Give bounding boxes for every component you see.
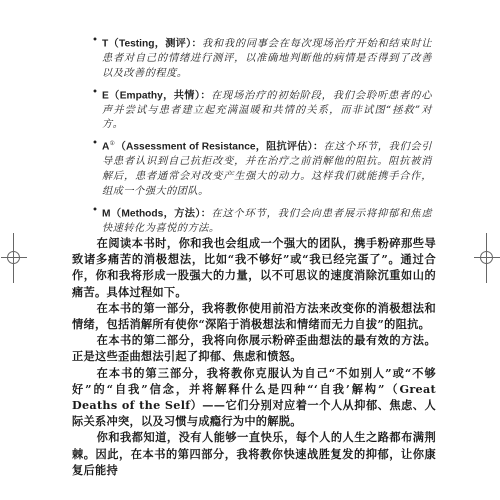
- registration-mark-right-icon: [474, 233, 500, 283]
- bullet-item-empathy: • E（Empathy，共情）：在现场治疗的初始阶段，我们会聆听患者的心声并尝试…: [92, 86, 432, 133]
- bullet-term: （Methods，方法）：: [111, 208, 212, 219]
- paragraph-part-three: 在本书的第三部分，我将教你克服认为自己“不如别人”或“不够好”的“自我”信念，并…: [72, 365, 436, 430]
- bullet-dot-icon: •: [92, 34, 99, 49]
- team-method-list: • T（Testing，测评）：我和我的同事会在每次现场治疗开始和结束时让患者对…: [92, 34, 432, 236]
- registration-mark-left-icon: [1, 233, 27, 283]
- bullet-item-testing: • T（Testing，测评）：我和我的同事会在每次现场治疗开始和结束时让患者对…: [92, 34, 432, 81]
- paragraph-part-two: 在本书的第二部分，我将向你展示粉碎歪曲想法的最有效的方法。正是这些歪曲想法引起了…: [72, 332, 436, 364]
- bullet-term: （Assessment of Resistance，阻抗评估）：: [116, 142, 324, 153]
- bullet-item-assessment: • A①（Assessment of Resistance，阻抗评估）：在这个环…: [92, 137, 432, 199]
- bullet-term: （Testing，测评）：: [108, 38, 202, 49]
- paragraph-intro: 在阅读本书时，你和我也会组成一个强大的团队，携手粉碎那些导致诸多痛苦的消极想法，…: [72, 235, 436, 300]
- bullet-letter: M: [102, 208, 111, 219]
- bullet-item-methods: • M（Methods，方法）：在这个环节，我们会向患者展示将抑郁和焦虑快速转化…: [92, 204, 432, 237]
- bullet-dot-icon: •: [92, 86, 99, 101]
- bullet-term: （Empathy，共情）：: [109, 90, 211, 101]
- bullet-letter: E: [102, 90, 109, 101]
- bullet-dot-icon: •: [92, 204, 99, 219]
- body-text: 在阅读本书时，你和我也会组成一个强大的团队，携手粉碎那些导致诸多痛苦的消极想法，…: [72, 235, 436, 478]
- book-page: • T（Testing，测评）：我和我的同事会在每次现场治疗开始和结束时让患者对…: [0, 0, 500, 500]
- paragraph-part-four: 你和我都知道，没有人能够一直快乐，每个人的人生之路都布满荆棘。因此，在本书的第四…: [72, 429, 436, 478]
- paragraph-part-one: 在本书的第一部分，我将教你使用前沿方法来改变你的消极想法和情绪，包括消解所有使你…: [72, 300, 436, 332]
- bullet-dot-icon: •: [92, 137, 99, 152]
